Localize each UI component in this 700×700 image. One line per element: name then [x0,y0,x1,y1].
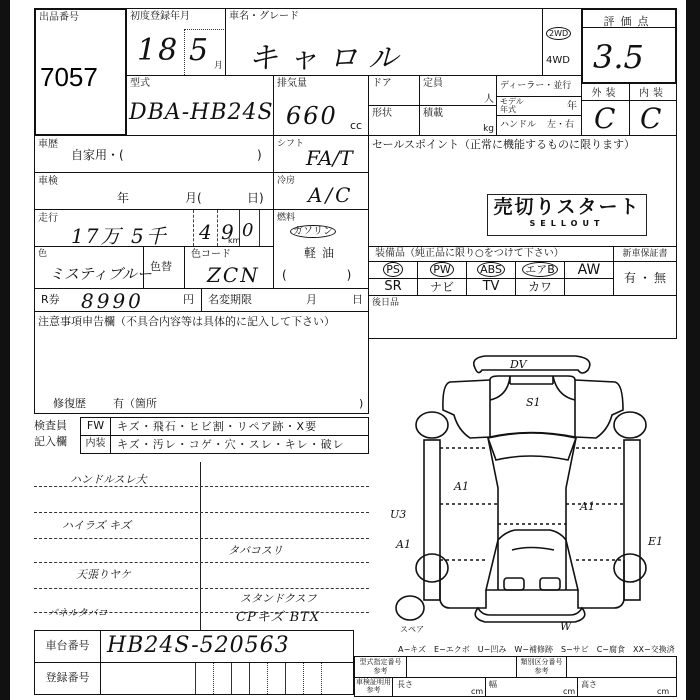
warranty-box: 新車保証書 有・無 [613,246,677,296]
dims-box: 車検証明用 参考 長さ cm 幅 cm 高さ cm [354,677,677,697]
first-reg-month: 5 [189,33,210,68]
equip-ps: PS [369,262,418,278]
capacity-unit: 人 [484,94,494,105]
class-box: 類別区分番号 参考 [516,656,677,678]
dealer-label: ディーラー・並行 [500,81,571,92]
shaken-label: 車検 [38,176,58,187]
fw-label: FW [81,418,111,435]
dim-label: 車検証明用 参考 [355,678,393,696]
height-unit: cm [657,686,669,697]
width-unit: cm [563,686,575,697]
model-value: DBA-HB24S [129,100,274,125]
lot-number: 7057 [40,62,98,93]
mark-s1: S1 [526,396,541,409]
notes-box: 注意事項申告欄（不具合内容等は具体的に記入して下さい） 修復歴 有（箇所 ) [34,311,369,414]
handle-box: ハンドル 左・右 [496,115,582,136]
color-change-label: 色替 [150,261,172,272]
interior-items: キズ・汚レ・コゲ・穴・スレ・キレ・破レ [117,439,345,450]
first-reg-year: 18 [137,33,179,68]
score-value: 3.5 [593,38,644,76]
color-value: ミスティブルー [49,263,152,284]
equip-aw: AW [565,262,613,278]
score-box: 評価点 3.5 [581,8,677,84]
model-year-unit: 年 [567,101,577,112]
sales-point-label: セールスポイント（正常に機能するものに限ります） [372,139,635,150]
load-label: 積載 [423,108,443,119]
equip-empty [565,279,613,295]
reg-label: 登録番号 [35,663,101,694]
aftermarket-label: 後日品 [372,298,399,309]
first-reg-box: 初度登録年月 18 5 月 [126,8,226,76]
mileage-label: 走行 [38,213,58,224]
length-label: 長さ [397,679,413,690]
history-box: 車歴 自家用・( ) [34,135,274,173]
first-reg-label: 初度登録年月 [130,11,190,22]
equip-leather: カワ [516,279,565,295]
displacement-value: 660 [286,102,338,130]
interior-label: 内装 [630,84,676,101]
lot-label: 出品番号 [39,12,79,23]
sales-point-box: セールスポイント（正常に機能するものに限ります） 売切りスタート SELLOUT [368,135,677,247]
mileage-1k: 5千 [131,220,168,249]
shape-box: 形状 [368,105,420,136]
fuel-gasoline: ガソリン [290,225,336,238]
equipment-label: 装備品（純正品に限り○をつけて下さい） [375,248,564,259]
load-unit: kg [483,124,494,135]
warranty-value: 有・無 [624,273,669,284]
load-box: 積載 kg [419,105,497,136]
history-label: 車歴 [38,139,58,150]
month-unit: 月 [214,61,223,72]
inspector-label-1: 検査員 [34,420,67,431]
color-box: 色 ミスティブルー [34,246,144,289]
note-left-2: ハイラズ キズ [62,517,131,533]
recycle-value: 8990 [81,289,144,313]
interior-grade: C [640,102,663,135]
height-label: 高さ [581,679,597,690]
note-right-5: CPキズ BTX [236,606,320,625]
color-code-value: ZCN [207,263,260,287]
mileage-100: 4 [199,220,214,244]
handle-value: 左・右 [547,120,574,131]
model-label: 型式 [130,78,150,89]
mark-a1-wheel: A1 [395,538,411,551]
displacement-unit: cc [350,120,362,131]
equip-airbag: エアB [516,262,565,278]
drive-box: 2WD 4WD [542,8,582,76]
interior-row-label: 内装 [81,436,111,453]
equip-navi: ナビ [418,279,467,295]
spare-label: スペア [400,625,424,634]
mark-a1-right: A1 [579,500,595,513]
shaken-month: 月( [185,193,202,204]
type-cert-label: 型式指定番号 参考 [355,657,407,677]
ac-value: A/C [308,183,353,207]
reg-box: 登録番号 [34,662,354,695]
equip-sr: SR [369,279,418,295]
repair-label: 修復歴 [53,398,86,409]
exterior-grade: C [594,102,617,135]
mark-dv: DV [509,358,528,371]
yen-unit: 円 [183,294,194,305]
recycle-box: R券 8990 円 [34,288,202,312]
mileage-box: 走行 17万 5千 4 9 0 km [34,209,274,247]
car-diagram: DV S1 A1 A1 U3 A1 E1 W スペア [370,340,680,640]
note-left-3: 天張りヤケ [76,566,131,582]
car-name-label: 車名・グレード [229,11,299,22]
stamp-sub: SELLOUT [488,219,646,228]
fuel-other: ( ) [282,270,357,281]
name-change-box: 名変期限 月 日 [201,288,369,312]
color-change-box: 色替 [143,246,185,289]
scan-border-left [0,0,10,700]
displacement-box: 排気量 660 cc [273,75,369,136]
inspector-fw-row: FW キズ・飛石・ヒビ割・リペア跡・X要 [80,417,369,436]
shaken-box: 車検 年 月( 日) [34,172,274,210]
capacity-label: 定員 [423,78,443,89]
color-label: 色 [38,249,47,260]
fuel-box: 燃料 ガソリン 軽油 ( ) [273,209,369,289]
interior-box: 内装 C [629,83,677,136]
drive-4wd: 4WD [546,55,570,66]
door-label: ドア [372,78,392,89]
history-value: 自家用・( [71,150,124,161]
sellout-stamp: 売切りスタート SELLOUT [487,194,647,236]
mileage-10k: 17万 [71,220,122,249]
inspector-interior-row: 内装 キズ・汚レ・コゲ・穴・スレ・キレ・破レ [80,435,369,454]
car-name: キャロル [248,33,408,77]
type-cert-box: 型式指定番号 参考 [354,656,517,678]
length-unit: cm [471,686,483,697]
mark-u3: U3 [390,508,406,521]
equip-abs: ABS [467,262,516,278]
ac-box: 冷房 A/C [273,172,369,210]
handle-label: ハンドル [500,120,536,131]
equip-pw: PW [418,262,467,278]
notes-label: 注意事項申告欄（不具合内容等は具体的に記入して下さい） [38,316,335,327]
name-change-month: 月 [306,294,317,305]
chassis-label: 車台番号 [35,631,101,662]
mileage-1: 0 [242,220,255,241]
score-label: 評価点 [604,15,655,28]
shift-value: FA/T [306,146,353,170]
color-code-box: 色コード ZCN [184,246,274,289]
shift-box: シフト FA/T [273,135,369,173]
note-left-1: ハンドルスレ大 [70,471,147,487]
fuel-label: 燃料 [277,213,295,224]
model-year-label: モデル年式 [500,98,530,114]
fuel-diesel: 軽油 [304,248,340,259]
note-right-4: スタンドクスフ [240,590,317,606]
note-left-4: パネルタバコ [48,604,108,619]
drive-2wd: 2WD [546,27,571,40]
chassis-value: HB24S-520563 [107,633,290,658]
class-label: 類別区分番号 参考 [517,657,567,677]
mileage-unit: km [228,235,240,246]
door-box: ドア [368,75,420,106]
color-code-label: 色コード [191,249,231,260]
equip-tv: TV [467,279,516,295]
chassis-box: 車台番号 HB24S-520563 [34,630,354,663]
shaken-day: 日) [247,193,264,204]
model-year-box: モデル年式 年 [496,96,582,116]
dealer-box: ディーラー・並行 [496,75,582,97]
damage-legend: A−キズ E−エクボ U−凹み W−補修跡 S−サビ C−腐食 XX−交換済 [398,644,675,655]
note-right-3: タバコスリ [228,542,283,558]
scan-border-right [686,0,700,700]
displacement-label: 排気量 [277,78,307,89]
notes-divider [200,462,201,630]
history-close: ) [257,150,262,161]
stamp-main: 売切りスタート [488,195,646,219]
mark-w: W [560,620,573,633]
repair-close: ) [359,398,363,409]
fw-items: キズ・飛石・ヒビ割・リペア跡・X要 [117,421,317,432]
exterior-box: 外装 C [581,83,630,136]
repair-value: 有（箇所 [113,398,157,409]
mark-a1-left: A1 [453,480,469,493]
mark-e1: E1 [647,535,663,548]
name-change-label: 名変期限 [208,294,252,305]
shift-label: シフト [277,139,304,150]
exterior-label: 外装 [582,84,629,101]
shape-label: 形状 [372,108,392,119]
car-name-box: 車名・グレード キャロル [225,8,543,76]
name-change-day: 日 [352,294,363,305]
ac-label: 冷房 [277,176,295,187]
aftermarket-box: 後日品 [368,295,677,339]
width-label: 幅 [489,679,497,690]
warranty-label: 新車保証書 [614,247,676,262]
shaken-year: 年 [117,193,129,204]
inspector-label-2: 記入欄 [34,436,67,447]
model-box: 型式 DBA-HB24S [126,75,274,136]
lot-box: 出品番号 7057 [34,8,127,136]
capacity-box: 定員 人 [419,75,497,106]
recycle-label: R券 [41,294,60,305]
equipment-box: 装備品（純正品に限り○をつけて下さい） PS PW ABS エアB AW SR … [368,246,614,296]
